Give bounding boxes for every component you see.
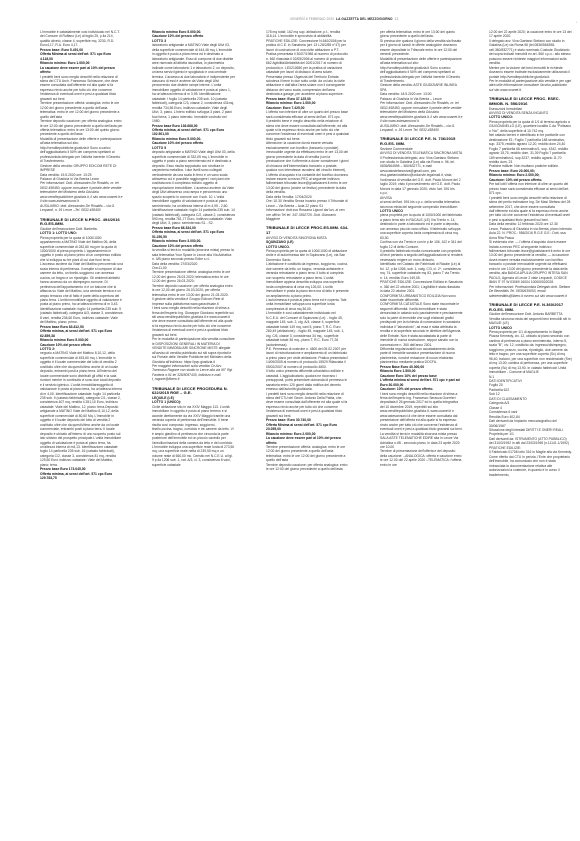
- contact-info: AUSILIARIO: dott. Alessandro De Rinaldis…: [40, 204, 123, 213]
- body-text: laboratorio artigianale a MATINO Viale d…: [152, 43, 235, 123]
- header-publication: LA GAZZETTA DEL MEZZOGIORNO: [336, 17, 393, 21]
- body-text: I predetti beni sono meglio descritti ne…: [266, 392, 349, 419]
- body-text: Termine deposito cauzione: per offerta a…: [152, 284, 235, 297]
- contact-info: Per informazioni: Professionista Delegat…: [489, 285, 572, 298]
- body-text: Piena proprietà per 1/1 di appartamento …: [489, 330, 572, 375]
- notice-heading: TRIBUNALE DI LECCE PROCEDURA N. 622/2015…: [152, 387, 235, 396]
- body-text: Per tali lotti l'offerta non inferiore d…: [489, 182, 572, 195]
- notice-heading: TRIBUNALE DI LECCE PROC. ESEC. IMMOB. N.…: [489, 97, 572, 106]
- body-text: ai sensi dell'art. 591 bis c.p.c. della …: [380, 200, 463, 209]
- body-text: CONFORMITÀ URBANISTICO EDILIZIA Non sono…: [380, 294, 463, 303]
- notice-heading: TRIBUNALE DI LECCE PROC.ES.IMM. 634-17: [266, 226, 349, 235]
- body-text: Termine deposito cauzione: per offerta a…: [40, 119, 123, 137]
- body-text: Vendita sincrona mista dei seguenti beni…: [489, 317, 572, 326]
- body-text: Il predetto fabbricato risulta comunican…: [380, 249, 463, 262]
- body-text: piena proprietà per la quota di 1000/100…: [380, 213, 463, 240]
- body-text: L'immobile è catastalmente così individu…: [40, 30, 123, 48]
- bold-text: Offerta Minima ai sensi dell'art. 571 cp…: [266, 423, 349, 432]
- body-text: Gestore della vendita: GRUPPO EDICOM RET…: [40, 164, 123, 173]
- body-text: 178 mq totali; 162 mq sup. abitazione, p…: [266, 30, 349, 39]
- body-text: CONFORMITÀ CATASTALE Sono state riscontr…: [380, 302, 463, 347]
- bold-text: La cauzione deve essere pari al 10% del …: [266, 436, 349, 445]
- header-date: VENERDÌ 6 FEBBRAIO 2020: [290, 17, 334, 21]
- column-3: 178 mq totali; 162 mq sup. abitazione, p…: [266, 30, 349, 820]
- body-text: I beni sono meglio descritti nella relaz…: [152, 306, 235, 337]
- body-text: 12.00 del 22 aprile 2020; la cauzione en…: [489, 30, 572, 39]
- body-text: negozio a MATINO Viale del Mattino 8,10,…: [40, 351, 123, 467]
- body-text: Modalità di presentazione delle offerte …: [380, 57, 463, 84]
- page-header: VENERDÌ 6 FEBBRAIO 2020 LA GAZZETTA DEL …: [290, 17, 570, 21]
- body-text: L'abitazione è costituita da ingresso, s…: [266, 262, 349, 298]
- body-text: Termine deposito cauzione: per offerta a…: [266, 463, 349, 472]
- body-text: Piena proprietà per la quota di 1000/100…: [266, 249, 349, 262]
- page-corner-mark: •: [576, 20, 579, 23]
- body-text: Lecce, Palazzo di Giustizia in via Brent…: [489, 227, 572, 240]
- contact-info: Per informazioni: Dott. Alessandro De Ri…: [40, 181, 123, 203]
- body-text: I beni sono meglio descritti nella relaz…: [380, 392, 463, 432]
- contact-info: Informazioni: dott.ssa Rossana Liguori d…: [266, 208, 349, 221]
- body-text: PRATICHE EDILIZIE: Concessione Edilizia …: [380, 280, 463, 293]
- body-text: Giudice dell'esecuzione Dott. Antonio BA…: [489, 312, 572, 316]
- header-page-number: 13: [395, 17, 399, 21]
- body-text: Dati derivanti da: ISTRUMENTO (ATTO PUBB…: [489, 437, 572, 446]
- body-text: Piena proprietà per la quota di 1/1 di t…: [489, 120, 572, 133]
- body-text: L'offerta non inferiore di oltre un quar…: [266, 110, 349, 119]
- notice-heading: TRIBUNALE DI LECCE P.E. N.360/2017 R.G.E…: [489, 303, 572, 312]
- notice-heading: TRIBUNALE DI LECCE N.PROC. 494/2016 R.G.…: [40, 218, 123, 227]
- column-4: per offerta telematica: entro le ore 13:…: [380, 30, 463, 820]
- body-text: Termine di presentazione dell'offerta e …: [380, 449, 463, 467]
- notice-heading: TRIBUNALE DI LECCE P.E. N. 736/2015 R.G.…: [380, 137, 463, 146]
- column-5: 12.00 del 22 aprile 2020; la cauzione en…: [489, 30, 572, 820]
- classified-columns: L'immobile è catastalmente così individu…: [40, 30, 570, 830]
- body-text: Modalità di presentazione delle offerte …: [40, 137, 123, 164]
- body-text: Mentre per la visione dei beni immobili …: [489, 66, 572, 79]
- bold-text: Offerta minima, ai sensi dell'art. 571 c…: [40, 329, 123, 338]
- contact-info: AUSILIARIO: dott. Alessandro De Rinaldis…: [380, 124, 463, 133]
- body-text: la vendita si terrà in modalità (sincron…: [152, 248, 235, 261]
- body-text: P.E. Permesso di costruire n. 4800 del 0…: [266, 347, 349, 369]
- body-text: Civile abitazione sito in via XXIV Maggi…: [152, 405, 235, 467]
- body-text: Il delegato avv. Viva Gaetano Stefano co…: [489, 39, 572, 66]
- body-text: per offerta telematica: entro le ore 13:…: [380, 30, 463, 39]
- bold-text: Offerta minima, ai sensi dell'art. 571 c…: [152, 230, 235, 239]
- bold-text: Offerta minima, ai sensi dell'art. 571 c…: [152, 128, 235, 137]
- body-text: Termine presentazione offerta: analogica…: [40, 101, 123, 119]
- body-text: deposito artigianale a MATINO Viale degl…: [152, 150, 235, 226]
- body-text: Piena proprietà per la quota di 1000/100…: [40, 236, 123, 325]
- body-text: Il Fabbricato 01708 lotto 316 in Maglie …: [489, 450, 572, 477]
- bold-text: L'offerta minima ai sensi dell'art. 571 …: [380, 378, 463, 387]
- body-text: AVVISO DI VENDITA TELEMATICA SINCRONA MI…: [380, 151, 463, 155]
- body-text: Per le modalità di partecipazione alla v…: [152, 337, 235, 364]
- contact-info: Per maggiori informazioni sulla vendita:…: [152, 364, 235, 382]
- body-text: I predetti beni sono meglio descritti ne…: [40, 75, 123, 102]
- body-text: I predetti beni sono meglio descritti ne…: [489, 196, 572, 223]
- bold-text: Offerta minima, ai sensi dell'art. 571 c…: [40, 472, 123, 481]
- body-text: Si evidenzia che: — l'offerta d'acquisto…: [489, 240, 572, 285]
- body-text: Il Professionista delegato, avv. Viva Ga…: [380, 156, 463, 196]
- body-text: Il predetto bene è meglio descritto nell…: [266, 119, 349, 141]
- body-text: Si precisa che qualora il giorno della v…: [380, 39, 463, 57]
- body-text: Il lotto unico presenta difformità urban…: [266, 369, 349, 391]
- bold-text: La cauzione deve essere pari al 10% del …: [40, 66, 123, 75]
- body-text: Gestore della vendita: ASTE GIUDIZIARIE …: [380, 83, 463, 92]
- column-2: Rilancio minimo Euro 5.000,00.Cauzione 1…: [152, 30, 235, 820]
- body-text: Ore: 10.30 Vendita Senza Incanto presso …: [266, 199, 349, 208]
- body-text: La vendita si terrà in modalità sincrona…: [380, 432, 463, 450]
- body-text: Identificato nel Catasto dei Fabbricati …: [380, 262, 463, 280]
- contact-info: Per le modalità di partecipazione alla v…: [489, 79, 572, 92]
- body-text: PRATICHE EDILIZIE: Concessione N.640/200…: [266, 39, 349, 97]
- column-1: L'immobile è catastalmente così individu…: [40, 30, 123, 820]
- body-text: Attenzione: la cauzione dovrà essere ver…: [266, 141, 349, 194]
- body-text: Difformità regolarizzabili con accatasta…: [380, 347, 463, 365]
- bold-text: Offerta Minima ai sensi dell'art. 571 cp…: [40, 52, 123, 61]
- body-text: Il gestore della vendita è Gruppo Edicom…: [152, 297, 235, 306]
- body-text: L'immobile è così catastalmente individu…: [266, 311, 349, 347]
- body-text: Nel catasto terreni è identificato in tr…: [489, 133, 572, 164]
- body-text: Termine presentazione offerta: analogica…: [152, 270, 235, 283]
- body-text: Confina con via Trento e con le p.lle 10…: [380, 240, 463, 249]
- body-text: Dati derivanti da Impianto meccanografic…: [489, 419, 572, 428]
- body-text: Termine presentazione offerta: analogica…: [266, 445, 349, 463]
- body-text: L'autorimessa è posta al piano terra ed …: [266, 298, 349, 311]
- contact-info: Per informazioni: Dott. Alessandro De Ri…: [380, 101, 463, 123]
